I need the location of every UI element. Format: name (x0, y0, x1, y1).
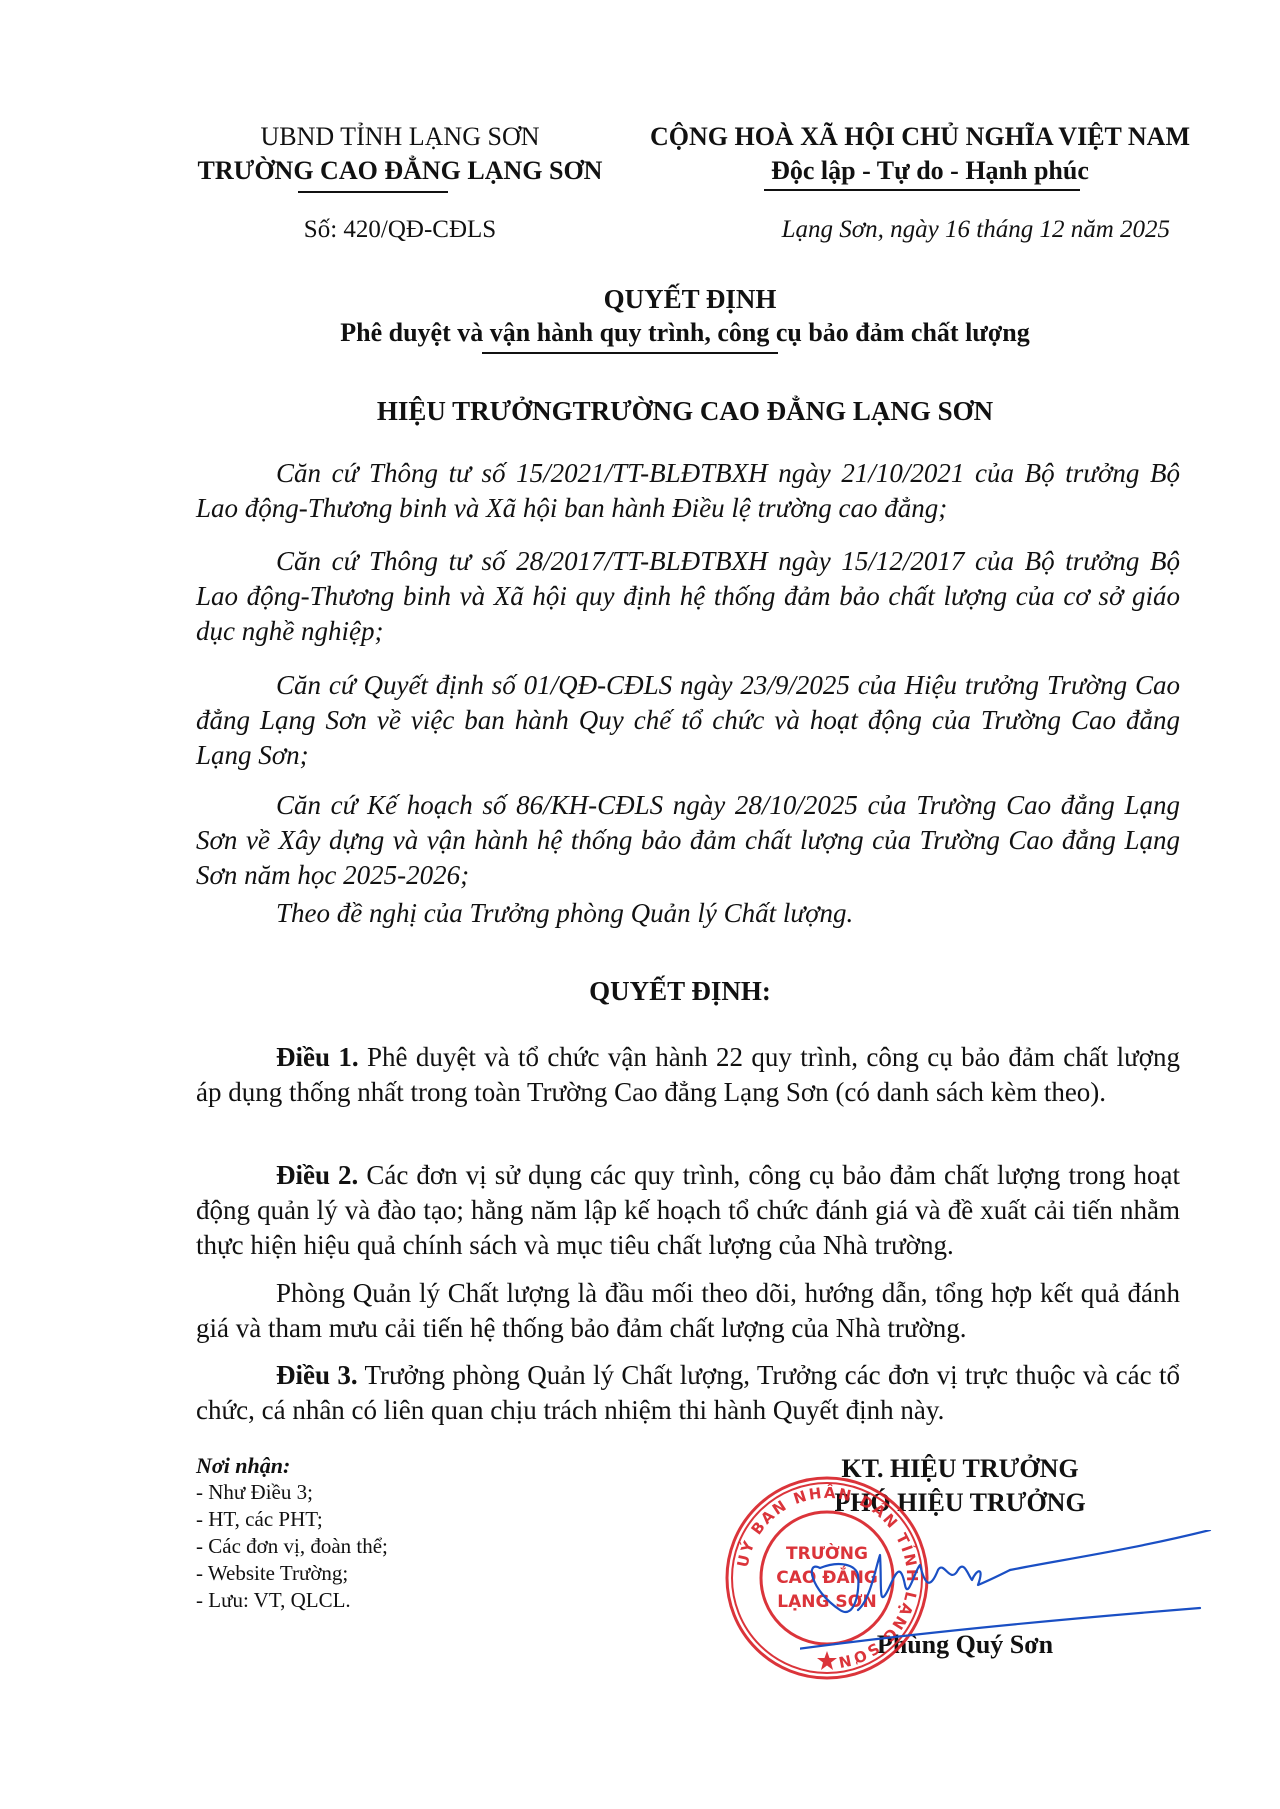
country-name: CỘNG HOÀ XÃ HỘI CHỦ NGHĨA VIỆT NAM (640, 120, 1200, 154)
article-label: Điều 1. (276, 1042, 359, 1072)
article-label: Điều 3. (276, 1360, 358, 1390)
recipient-item: - Website Trường; (196, 1560, 388, 1587)
handwritten-signature-icon (800, 1530, 1220, 1660)
subtitle-rule (482, 352, 778, 354)
preamble-clause: Theo đề nghị của Trưởng phòng Quản lý Ch… (196, 896, 1180, 931)
recipient-item: - Như Điều 3; (196, 1479, 388, 1506)
header-left-rule (298, 191, 448, 193)
article-2-paragraph: Phòng Quản lý Chất lượng là đầu mối theo… (196, 1276, 1180, 1346)
recipients-heading: Nơi nhận: (196, 1452, 388, 1479)
document-date: Lạng Sơn, ngày 16 tháng 12 năm 2025 (640, 216, 1170, 244)
decision-heading: QUYẾT ĐỊNH: (0, 976, 1280, 1007)
national-motto: CỘNG HOÀ XÃ HỘI CHỦ NGHĨA VIỆT NAM Độc l… (640, 120, 1200, 188)
recipient-item: - Lưu: VT, QLCL. (196, 1587, 388, 1614)
article-3: Điều 3. Trưởng phòng Quản lý Chất lượng,… (196, 1358, 1180, 1428)
article-1: Điều 1. Phê duyệt và tổ chức vận hành 22… (196, 1040, 1180, 1110)
recipient-item: - Các đơn vị, đoàn thể; (196, 1533, 388, 1560)
article-2: Điều 2. Các đơn vị sử dụng các quy trình… (196, 1158, 1180, 1263)
issuing-authority-heading: HIỆU TRƯỞNGTRƯỜNG CAO ĐẲNG LẠNG SƠN (0, 396, 1280, 427)
preamble-clause: Căn cứ Kế hoạch số 86/KH-CĐLS ngày 28/10… (196, 788, 1180, 893)
recipients-block: Nơi nhận: - Như Điều 3; - HT, các PHT; -… (196, 1452, 388, 1614)
preamble-clause: Căn cứ Thông tư số 15/2021/TT-BLĐTBXH ng… (196, 456, 1180, 526)
preamble-clause: Căn cứ Thông tư số 28/2017/TT-BLĐTBXH ng… (196, 544, 1180, 649)
preamble-clause: Căn cứ Quyết định số 01/QĐ-CĐLS ngày 23/… (196, 668, 1180, 773)
document-number: Số: 420/QĐ-CĐLS (150, 216, 650, 244)
article-label: Điều 2. (276, 1160, 358, 1190)
parent-authority: UBND TỈNH LẠNG SƠN (150, 120, 650, 154)
document-title: QUYẾT ĐỊNH (0, 284, 1280, 315)
header-right-rule (764, 189, 1080, 191)
issuing-authority: UBND TỈNH LẠNG SƠN TRƯỜNG CAO ĐẲNG LẠNG … (150, 120, 650, 188)
article-text: Phòng Quản lý Chất lượng là đầu mối theo… (196, 1278, 1180, 1343)
issuing-school: TRƯỜNG CAO ĐẲNG LẠNG SƠN (150, 154, 650, 188)
document-subtitle: Phê duyệt và vận hành quy trình, công cụ… (0, 318, 1280, 348)
recipient-item: - HT, các PHT; (196, 1506, 388, 1533)
motto: Độc lập - Tự do - Hạnh phúc (640, 154, 1200, 188)
